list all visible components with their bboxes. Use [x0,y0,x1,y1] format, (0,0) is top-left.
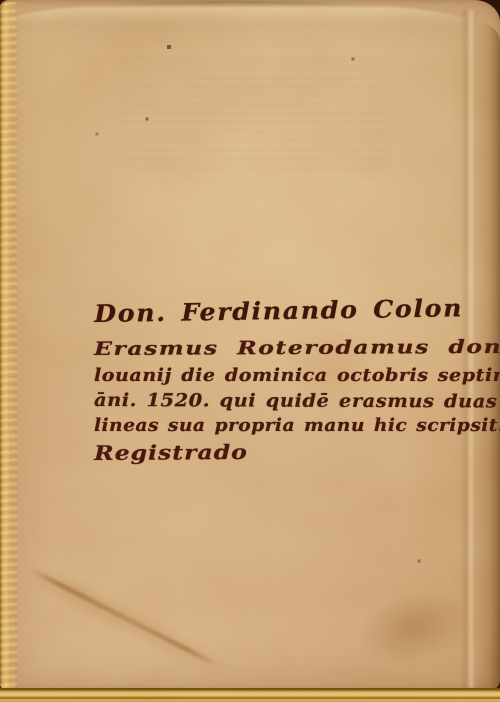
inscription-line-4: āni. 1520. qui quidē erasmus duas primas [94,390,500,413]
inscription-line-5: lineas sua propria manu hic scripsit. Es… [94,415,500,436]
underlying-page-edges [0,688,500,702]
inscription-line-6: Registrado [94,440,248,465]
binding-gutter-edge [0,2,17,690]
book-flyleaf-photograph: Don. Ferdinando Colon Erasmus Roterodamu… [0,0,500,702]
inscription-line-2: Erasmus Roterodamus dono dedit. [94,336,500,360]
inscription-line-1: Don. Ferdinando Colon [94,293,463,328]
handwritten-inscription: Don. Ferdinando Colon Erasmus Roterodamu… [94,299,494,479]
print-showthrough [118,58,386,176]
inscription-line-3: louanij die dominica octobris septima di… [94,365,500,386]
fly-specks [0,0,2,2]
